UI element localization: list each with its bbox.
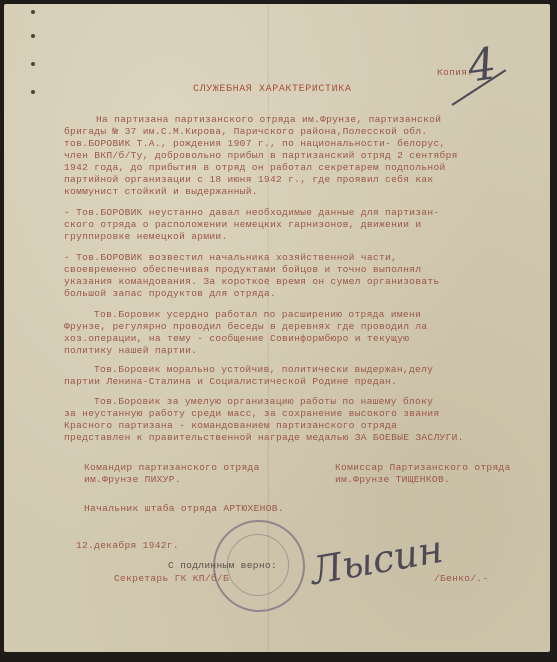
text-line: - Тов.БОРОВИК возвестил начальника хозяй… xyxy=(64,252,397,264)
text-line: своевременно обеспечивая продуктами бойц… xyxy=(64,264,421,276)
text-line: указания командования. За короткое время… xyxy=(64,276,440,288)
commissar-name: им.Фрунзе ТИЩЕНКОВ. xyxy=(335,474,450,486)
text-line: бригады № 37 им.С.М.Кирова, Паричского р… xyxy=(64,126,427,138)
text-line: 1942 года, до прибытия в отряд он работа… xyxy=(64,162,446,174)
certification-line: С подлинным верно: xyxy=(168,560,277,572)
text-line: Красного партизана - командованием парти… xyxy=(64,420,397,432)
document-date: 12.декабря 1942г. xyxy=(76,540,179,552)
text-line: коммунист стойкий и выдержанный. xyxy=(64,186,258,198)
document-title: СЛУЖЕБНАЯ ХАРАКТЕРИСТИКА xyxy=(193,84,351,96)
text-line: представлен к правительственной награде … xyxy=(64,432,464,444)
text-line: Фрунзе, регулярно проводил беседы в дере… xyxy=(64,321,427,333)
commander-name: им.Фрунзе ПИХУР. xyxy=(84,474,181,486)
chief-of-staff: Начальник штаба отряда АРТЮХЕНОВ. xyxy=(84,503,284,515)
text-line: Тов.Боровик усердно работал по расширени… xyxy=(94,309,421,321)
text-line: партийной организации с 18 июня 1942 г.,… xyxy=(64,174,434,186)
text-line: ского отряда о расположении немецких гар… xyxy=(64,219,421,231)
text-line: - Тов.БОРОВИК неустанно давал необходимы… xyxy=(64,207,440,219)
text-line: На партизана партизанского отряда им.Фру… xyxy=(96,114,441,126)
text-line: группировке немецкой армии. xyxy=(64,231,228,243)
punch-hole xyxy=(31,10,35,14)
text-line: большой запас продуктов для отряда. xyxy=(64,288,276,300)
text-line: политику нашей партии. xyxy=(64,345,197,357)
text-line: Тов.Боровик морально устойчив, политичес… xyxy=(94,364,433,376)
punch-hole xyxy=(31,62,35,66)
text-line: тов.БОРОВИК Т.А., рождения 1907 г., по н… xyxy=(64,138,446,150)
commissar-title: Комиссар Партизанского отряда xyxy=(335,462,511,474)
text-line: партии Ленина-Сталина и Социалистической… xyxy=(64,376,397,388)
text-line: Тов.Боровик за умелую организацию работы… xyxy=(94,396,433,408)
text-line: хоз.операции, на тему - сообщение Совинф… xyxy=(64,333,409,345)
punch-hole xyxy=(31,34,35,38)
punch-hole xyxy=(31,90,35,94)
secretary-title: Секретарь ГК КП/б/Б xyxy=(114,573,229,585)
secretary-name: /Бенко/.- xyxy=(434,573,489,585)
text-line: член ВКП/б/Ту, добровольно прибыл в парт… xyxy=(64,150,458,162)
commander-title: Командир партизанского отряда xyxy=(84,462,260,474)
text-line: за неустанную работу среди масс, за сохр… xyxy=(64,408,440,420)
